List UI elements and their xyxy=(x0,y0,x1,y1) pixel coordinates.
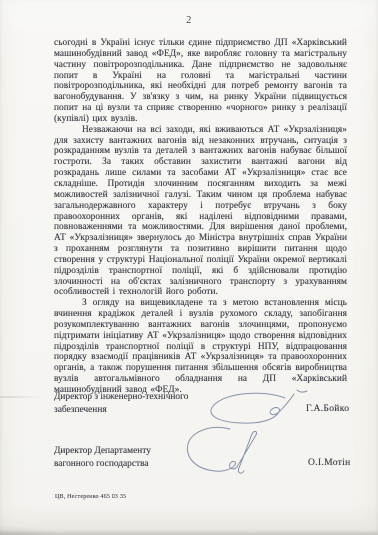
signature-scribble-2 xyxy=(182,423,276,481)
letter-body: сьогодні в Україні існує тільки єдине пі… xyxy=(54,38,347,396)
scanned-letter-page: 2 сьогодні в Україні існує тільки єдине … xyxy=(0,0,378,535)
paragraph-3: З огляду на вищевикладене та з метою вст… xyxy=(54,298,347,396)
scan-artifact-streak xyxy=(0,396,42,398)
signatory-1-name: Г.А.Бойко xyxy=(306,403,349,414)
scan-corner-shadow xyxy=(0,525,60,535)
page-number: 2 xyxy=(0,15,378,26)
paragraph-1: сьогодні в Україні існує тільки єдине пі… xyxy=(54,38,347,125)
signatory-2-name: О.І.Мотін xyxy=(308,457,351,468)
footer-reference-note: ЦВ, Нестеренко 465 03 35 xyxy=(55,494,126,500)
paragraph-2: Незважаючи на всі заходи, які вживаються… xyxy=(54,125,347,299)
